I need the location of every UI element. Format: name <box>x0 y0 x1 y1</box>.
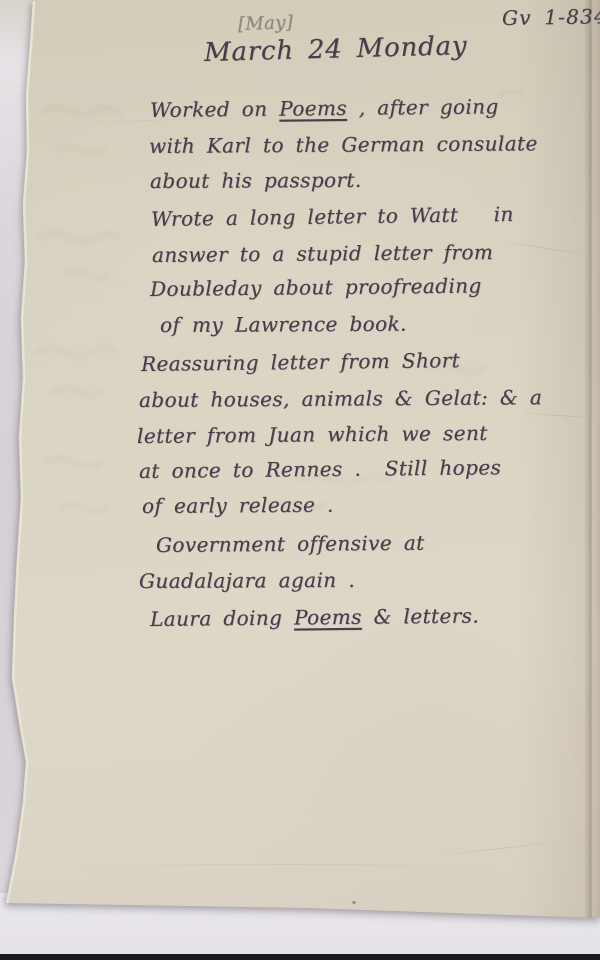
paper-sheet-wrap: [May] Gv 1-834 March 24 Monday Worked on… <box>0 0 600 922</box>
scanner-bottom-bar <box>0 954 600 960</box>
torn-edge-highlight <box>0 0 600 922</box>
scanned-diary-page: [May] Gv 1-834 March 24 Monday Worked on… <box>0 0 600 960</box>
